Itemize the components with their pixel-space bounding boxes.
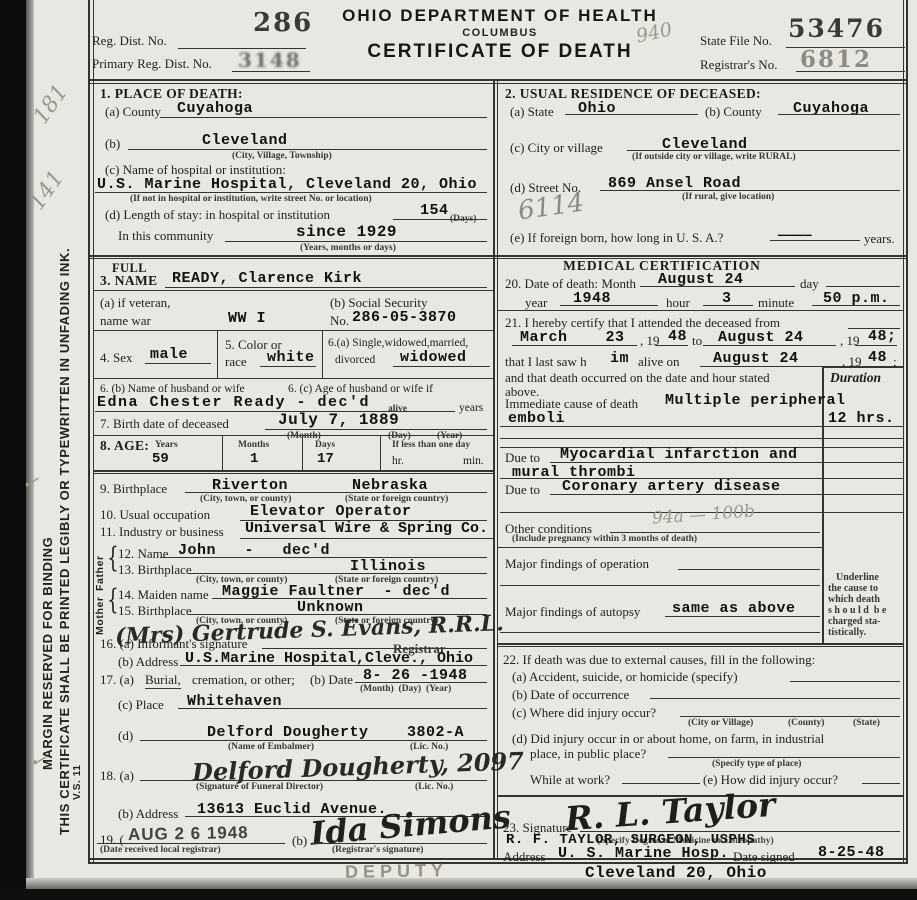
- hr-label: hr.: [392, 455, 404, 467]
- burial-date-sublabel: (Month) (Day) (Year): [360, 684, 451, 694]
- mother-birthplace-label: 15. Birthplace: [118, 603, 192, 619]
- foreign-born-value: ————: [778, 228, 812, 244]
- age-days-value: 17: [317, 451, 334, 467]
- rule: [500, 585, 820, 586]
- rule: [650, 698, 900, 699]
- social-security-no-label: No.: [330, 313, 349, 329]
- burial-label-rest: cremation, or other;: [192, 672, 295, 688]
- rule: [225, 241, 487, 242]
- due-to-2-label: Due to: [505, 482, 540, 498]
- birth-date-label: 7. Birth date of deceased: [100, 416, 229, 432]
- rule: [826, 286, 900, 287]
- embalmer-sublabel: (Name of Embalmer): [228, 742, 314, 752]
- physician-address-label: Address: [503, 849, 546, 865]
- rule: [88, 83, 908, 84]
- sex-value: male: [150, 346, 188, 363]
- attended-to-value: August 24: [718, 329, 804, 346]
- certificate-title: CERTIFICATE OF DEATH: [340, 41, 660, 63]
- reg-dist-label: Reg. Dist. No.: [92, 33, 167, 49]
- occupation-value: Elevator Operator: [250, 503, 412, 520]
- form-code: V.S. 11: [72, 740, 83, 800]
- rule: [678, 569, 820, 570]
- funeral-director-label: 18. (a): [100, 768, 134, 784]
- age-months-value: 1: [250, 451, 258, 467]
- injury-home-label-2: place, in public place?: [530, 746, 646, 762]
- rule: [165, 287, 487, 288]
- rule: [260, 366, 316, 367]
- rule: [778, 114, 900, 115]
- rule: [188, 573, 487, 574]
- age-years-value: 59: [152, 451, 169, 467]
- county-value: Cuyahoga: [177, 100, 253, 117]
- burial-date-label: (b) Date: [310, 672, 353, 688]
- rule: [500, 438, 903, 439]
- embalmer-label: (d): [118, 728, 133, 744]
- rule: [180, 665, 487, 666]
- mother-maiden-label: 14. Maiden name: [118, 587, 209, 603]
- rule: [355, 682, 487, 683]
- saw-year-19: , 19: [842, 354, 862, 370]
- city-value: Cleveland: [202, 132, 288, 149]
- injury-home-label-1: (d) Did injury occur in or about home, o…: [512, 731, 824, 747]
- note-underline-5: charged sta-: [828, 616, 881, 627]
- rule: [97, 843, 285, 844]
- rule: [265, 429, 487, 430]
- while-at-work-label: While at work?: [530, 772, 610, 788]
- binding-margin-note: MARGIN RESERVED FOR BINDING: [40, 290, 55, 770]
- date-received-stamp: AUG 2 6 1948: [128, 823, 249, 845]
- operation-findings-label: Major findings of operation: [505, 556, 649, 572]
- rule: [262, 648, 487, 649]
- place-type-sublabel: (Specify type of place): [712, 759, 801, 769]
- rule: [700, 366, 838, 367]
- mother-label: Mother: [94, 585, 106, 635]
- date-signed-label: Date signed: [733, 849, 795, 865]
- scan-edge-left: [0, 0, 26, 900]
- veteran-label-2: name war: [100, 313, 151, 329]
- occurrence-date-label: (b) Date of occurrence: [512, 687, 629, 703]
- rule: [855, 345, 897, 346]
- county-label: (a) County: [105, 104, 161, 120]
- rule: [550, 494, 903, 495]
- rule: [903, 0, 904, 862]
- rule: [610, 532, 820, 533]
- rule: [550, 462, 903, 463]
- years-label: years: [459, 402, 483, 414]
- deputy-stamp: DEPUTY: [345, 860, 448, 883]
- to-year-value: 48;: [868, 328, 897, 345]
- minute-label: minute: [758, 295, 794, 311]
- sex-label: 4. Sex: [100, 350, 133, 366]
- duration-header: Duration: [830, 370, 881, 386]
- occupation-label: 10. Usual occupation: [100, 507, 210, 523]
- rule: [93, 290, 493, 291]
- veteran-war-value: WW I: [228, 310, 266, 327]
- rule: [160, 557, 487, 558]
- age-days-header: Days: [315, 440, 335, 450]
- rule: [93, 0, 94, 862]
- external-causes-title: 22. If death was due to external causes,…: [503, 652, 815, 668]
- funeral-director-sublabel: (Signature of Funeral Director): [196, 782, 323, 792]
- rule: [600, 190, 900, 191]
- scan-edge-bottom-gradient: [26, 878, 917, 889]
- pencil-checkmark: ✓: [20, 469, 41, 496]
- registrar-sig-sublabel: (Registrar's signature): [332, 845, 423, 855]
- hospital-sublabel: (If not in hospital or institution, writ…: [130, 194, 372, 204]
- scan-edge-bottom: [0, 889, 917, 900]
- father-brace: {: [107, 541, 119, 574]
- spouse-name-value: Edna Chester Ready - dec'd: [97, 394, 370, 411]
- injury-county-sublabel: (County): [788, 718, 824, 728]
- days-sublabel: (Days): [450, 214, 476, 224]
- rule: [812, 305, 900, 306]
- rule: [822, 366, 903, 368]
- rule: [668, 757, 900, 758]
- note-underline-2: the cause to: [828, 583, 878, 594]
- due-to-1-value-line1: Myocardial infarction and: [560, 446, 798, 463]
- rule: [88, 0, 90, 862]
- rule: [88, 255, 908, 257]
- city-sublabel: (City, Village, Township): [232, 151, 332, 161]
- registrars-number-stamp: 6812: [800, 46, 872, 73]
- length-of-stay-label: (d) Length of stay: in hospital or insti…: [105, 207, 330, 223]
- embalmer-name-value: Delford Dougherty: [207, 724, 369, 741]
- industry-value: Universal Wire & Spring Co.: [245, 520, 488, 537]
- other-conditions-sublabel: (Include pregnancy within 3 months of de…: [512, 534, 697, 544]
- date-of-death-label: 20. Date of death: Month: [505, 276, 636, 292]
- informant-address-label: (b) Address: [118, 654, 178, 670]
- death-occurred-label-1: and that death occurred on the date and …: [505, 370, 770, 386]
- burial-label-underlined: Burial,: [145, 672, 181, 689]
- accident-label: (a) Accident, suicide, or homicide (spec…: [512, 669, 738, 685]
- day-label: day: [800, 276, 819, 292]
- rule: [93, 330, 493, 331]
- birth-date-value: July 7, 1889: [278, 411, 399, 429]
- father-label: Father: [94, 543, 106, 591]
- received-sublabel: (Date received local registrar): [100, 845, 221, 855]
- rule: [497, 80, 498, 858]
- ink-note: THIS CERTIFICATE SHALL BE PRINTED LEGIBL…: [57, 115, 72, 835]
- rule: [128, 149, 487, 150]
- community-value: since 1929: [296, 223, 397, 241]
- rule: [493, 80, 495, 858]
- age-label: 8. AGE:: [100, 438, 149, 454]
- alive-on-label: alive on: [638, 354, 680, 370]
- district-number-stamp: 286: [253, 8, 313, 38]
- columbus-label: COLUMBUS: [340, 27, 660, 39]
- state-file-number-stamp: 53476: [788, 14, 885, 43]
- autopsy-findings-value: same as above: [672, 600, 796, 617]
- rule: [553, 858, 903, 859]
- rule: [640, 286, 795, 287]
- rule: [140, 780, 487, 781]
- rule: [862, 783, 900, 784]
- residence-city-label: (c) City or village: [510, 140, 603, 156]
- rule: [497, 547, 822, 548]
- pencil-note-94a-100b: 94a — 100b: [651, 501, 755, 528]
- rule: [185, 492, 487, 493]
- hospital-value: U.S. Marine Hospital, Cleveland 20, Ohio: [97, 176, 477, 193]
- rule: [302, 435, 303, 470]
- age-months-header: Months: [238, 440, 269, 450]
- rule: [232, 71, 310, 72]
- rule: [93, 435, 493, 436]
- funeral-director-license-sublabel: (Lic. No.): [415, 782, 453, 792]
- veteran-label-1: (a) if veteran,: [100, 295, 170, 311]
- name-value: READY, Clarence Kirk: [172, 270, 362, 287]
- physician-address-value: U. S. Marine Hosp.: [558, 845, 729, 862]
- rule: [796, 71, 905, 72]
- rule: [497, 310, 903, 311]
- from-year-value: 48: [668, 328, 687, 345]
- rule: [178, 708, 487, 709]
- rule: [160, 117, 487, 118]
- injury-city-sublabel: (City or Village): [688, 718, 753, 728]
- community-label: In this community: [118, 228, 213, 244]
- burial-label-prefix: 17. (a): [100, 672, 134, 688]
- rule: [512, 345, 637, 346]
- rule: [93, 473, 493, 474]
- residence-state-label: (a) State: [510, 104, 554, 120]
- rule: [322, 330, 323, 378]
- last-saw-label: that I last saw h: [505, 354, 587, 370]
- residence-city-sublabel: (If outside city or village, write RURAL…: [632, 152, 796, 162]
- rule: [312, 843, 487, 844]
- community-sublabel: (Years, months or days): [300, 243, 396, 253]
- rule: [93, 470, 493, 472]
- marital-label-2: divorced: [335, 354, 375, 366]
- foreign-born-label: (e) If foreign born, how long in U. S. A…: [510, 230, 723, 246]
- rule: [500, 632, 820, 633]
- state-file-label: State File No.: [700, 33, 772, 49]
- attended-from-value: March 23: [520, 329, 625, 346]
- industry-label: 11. Industry or business: [100, 524, 224, 540]
- rule: [680, 716, 900, 717]
- note-underline-4: s h o u l d b e: [828, 605, 886, 616]
- embalmer-license-value: 3802-A: [407, 724, 464, 741]
- rule: [565, 114, 698, 115]
- marital-label-1: 6.(a) Single,widowed,married,: [328, 337, 468, 349]
- rule: [703, 305, 753, 306]
- father-birthplace-label: 13. Birthplace: [118, 562, 192, 578]
- autopsy-findings-label: Major findings of autopsy: [505, 604, 640, 620]
- rule: [140, 740, 487, 741]
- year-label: year: [525, 295, 547, 311]
- injury-state-sublabel: (State): [853, 718, 880, 728]
- rule: [790, 681, 900, 682]
- color-race-value: white: [267, 349, 315, 366]
- rule: [88, 79, 908, 81]
- street-sublabel: (If rural, give location): [682, 192, 774, 202]
- usual-residence-title: 2. USUAL RESIDENCE OF DECEASED:: [505, 86, 761, 102]
- age-less-header: If less than one day: [392, 440, 470, 450]
- immediate-cause-value-2: emboli: [508, 410, 565, 427]
- note-underline-6: tistically.: [828, 627, 866, 638]
- age-years-header: Years: [155, 440, 178, 450]
- semicolon: ;: [893, 354, 897, 370]
- last-saw-date-value: August 24: [713, 350, 799, 367]
- immediate-cause-value-1: Multiple peripheral: [665, 392, 846, 409]
- to-year-19: , 19: [840, 333, 860, 349]
- registrar-sig-label: (b): [292, 833, 307, 849]
- department-title: OHIO DEPARTMENT OF HEALTH: [340, 6, 660, 26]
- rule: [497, 643, 903, 645]
- duration-value: 12 hrs.: [828, 410, 895, 427]
- rule: [380, 435, 381, 470]
- physician-city-value: Cleveland 20, Ohio: [585, 864, 767, 882]
- rule: [622, 783, 700, 784]
- rule: [500, 426, 903, 427]
- father-name-label: 12. Name: [118, 546, 169, 562]
- rule: [906, 0, 908, 862]
- rule: [95, 192, 487, 193]
- rule: [240, 538, 493, 539]
- rule: [217, 330, 218, 378]
- death-certificate-scan: MARGIN RESERVED FOR BINDING THIS CERTIFI…: [0, 0, 917, 900]
- saw-year-value: 48: [868, 349, 887, 366]
- length-of-stay-value: 154: [420, 202, 449, 219]
- note-underline-1: Underline: [836, 572, 879, 583]
- rule: [95, 411, 455, 412]
- rule: [627, 150, 900, 151]
- registrars-number-label: Registrar's No.: [700, 57, 777, 73]
- rule: [770, 240, 860, 241]
- min-label: min.: [463, 455, 484, 467]
- social-security-value: 286-05-3870: [352, 309, 457, 326]
- rule: [655, 345, 688, 346]
- rule: [665, 616, 820, 617]
- primary-reg-dist-stamp: 3148: [238, 48, 302, 72]
- birthplace-label: 9. Birthplace: [100, 481, 167, 497]
- injury-where-label: (c) Where did injury occur?: [512, 705, 656, 721]
- hour-label: hour: [666, 295, 690, 311]
- from-year-19: , 19: [640, 333, 660, 349]
- to-label: to: [692, 333, 702, 349]
- him-typed: im: [610, 350, 629, 367]
- rule: [497, 646, 903, 647]
- mother-brace: {: [107, 583, 119, 616]
- years-suffix-label: years.: [864, 231, 895, 247]
- rule: [145, 363, 211, 364]
- rule: [393, 366, 490, 367]
- note-underline-3: which death: [828, 594, 880, 605]
- primary-reg-dist-label: Primary Reg. Dist. No.: [92, 56, 212, 72]
- name-label: 3. NAME: [100, 273, 158, 289]
- city-label: (b): [105, 136, 120, 152]
- marital-value: widowed: [400, 349, 467, 366]
- funeral-address-label: (b) Address: [118, 806, 178, 822]
- due-to-2-value: Coronary artery disease: [562, 478, 781, 495]
- rule: [222, 435, 223, 470]
- rule: [93, 378, 493, 379]
- rule: [560, 305, 658, 306]
- color-race-label-2: race: [225, 354, 247, 370]
- rule: [703, 345, 836, 346]
- residence-county-label: (b) County: [705, 104, 762, 120]
- burial-place-label: (c) Place: [118, 697, 164, 713]
